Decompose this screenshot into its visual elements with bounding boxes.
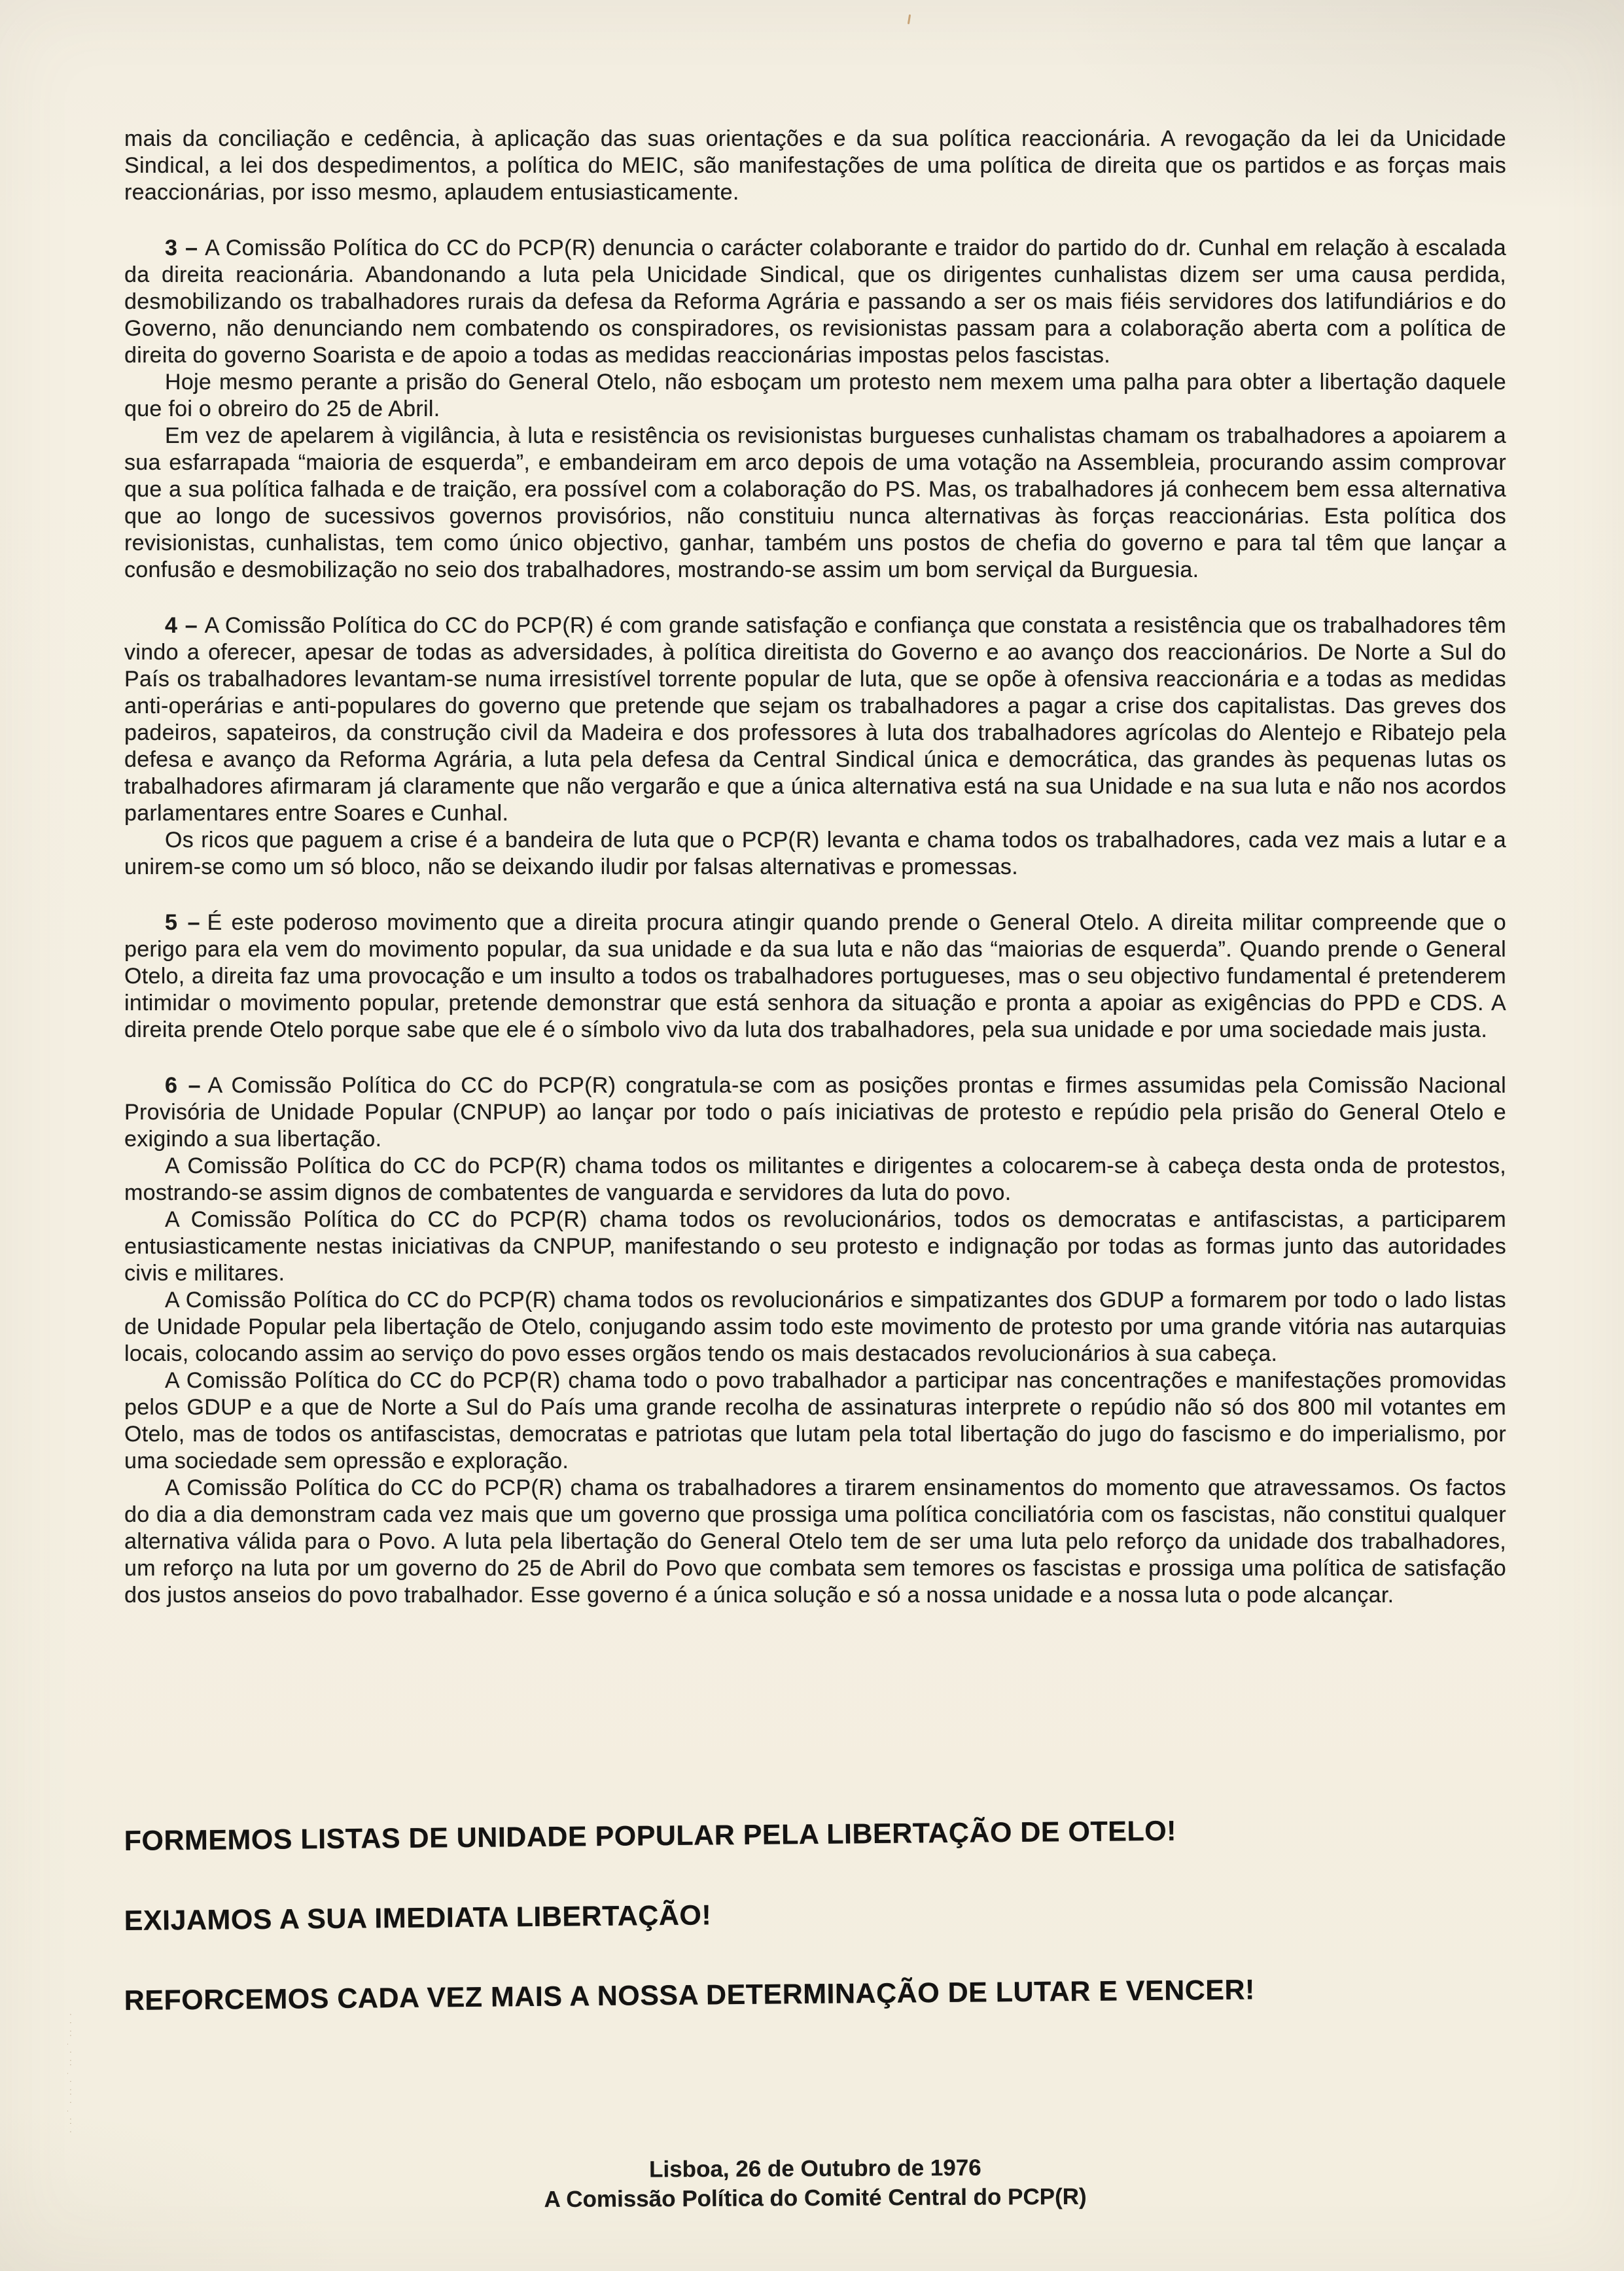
paragraph: Hoje mesmo perante a prisão do General O… bbox=[124, 369, 1506, 423]
slogan-exijamos-libertacao: EXIJAMOS A SUA IMEDIATA LIBERTAÇÃO! bbox=[124, 1892, 1531, 1937]
paragraph: 6 –A Comissão Política do CC do PCP(R) c… bbox=[124, 1072, 1506, 1153]
footer-signature: A Comissão Política do Comité Central do… bbox=[124, 2179, 1506, 2216]
paragraph-text: A Comissão Política do CC do PCP(R) cong… bbox=[124, 1073, 1506, 1152]
paragraph: A Comissão Política do CC do PCP(R) cham… bbox=[124, 1153, 1506, 1206]
section-number: 5 – bbox=[165, 910, 201, 935]
section-4: 4 –A Comissão Política do CC do PCP(R) é… bbox=[124, 612, 1506, 881]
paragraph: 3 –A Comissão Política do CC do PCP(R) d… bbox=[124, 235, 1506, 369]
section-6: 6 –A Comissão Política do CC do PCP(R) c… bbox=[124, 1072, 1506, 1609]
paragraph: 4 –A Comissão Política do CC do PCP(R) é… bbox=[124, 612, 1506, 827]
paper-speck bbox=[908, 14, 911, 24]
section-3: 3 –A Comissão Política do CC do PCP(R) d… bbox=[124, 235, 1506, 584]
section-number: 4 – bbox=[165, 613, 198, 638]
paragraph: A Comissão Política do CC do PCP(R) cham… bbox=[124, 1287, 1506, 1367]
paragraph-text: A Comissão Política do CC do PCP(R) é co… bbox=[124, 613, 1506, 826]
paragraph: A Comissão Política do CC do PCP(R) cham… bbox=[124, 1475, 1506, 1609]
paragraph: A Comissão Política do CC do PCP(R) cham… bbox=[124, 1206, 1506, 1287]
slogan-formemos-listas: FORMEMOS LISTAS DE UNIDADE POPULAR PELA … bbox=[124, 1812, 1531, 1857]
paragraph-text: A Comissão Política do CC do PCP(R) denu… bbox=[124, 236, 1506, 368]
slogan-reforcemos-determinacao: REFORCEMOS CADA VEZ MAIS A NOSSA DETERMI… bbox=[124, 1971, 1531, 2017]
scanned-document-page: mais da conciliação e cedência, à aplica… bbox=[0, 0, 1624, 2271]
paragraph: Os ricos que paguem a crise é a bandeira… bbox=[124, 827, 1506, 881]
paragraph: 5 –É este poderoso movimento que a direi… bbox=[124, 909, 1506, 1044]
intro-paragraph: mais da conciliação e cedência, à aplica… bbox=[124, 126, 1506, 206]
document-footer: Lisboa, 26 de Outubro de 1976 A Comissão… bbox=[124, 2150, 1506, 2216]
section-number: 6 – bbox=[165, 1073, 201, 1098]
paragraph-text: É este poderoso movimento que a direita … bbox=[124, 910, 1506, 1042]
section-5: 5 –É este poderoso movimento que a direi… bbox=[124, 909, 1506, 1044]
section-number: 3 – bbox=[165, 236, 198, 260]
document-body: mais da conciliação e cedência, à aplica… bbox=[124, 126, 1506, 1609]
illegible-margin-marks: · ·· ˙ · ·· · ˙ ·· · ˙ ·· · · bbox=[67, 1982, 77, 2133]
paragraph: A Comissão Política do CC do PCP(R) cham… bbox=[124, 1367, 1506, 1475]
paragraph: Em vez de apelarem à vigilância, à luta … bbox=[124, 423, 1506, 584]
